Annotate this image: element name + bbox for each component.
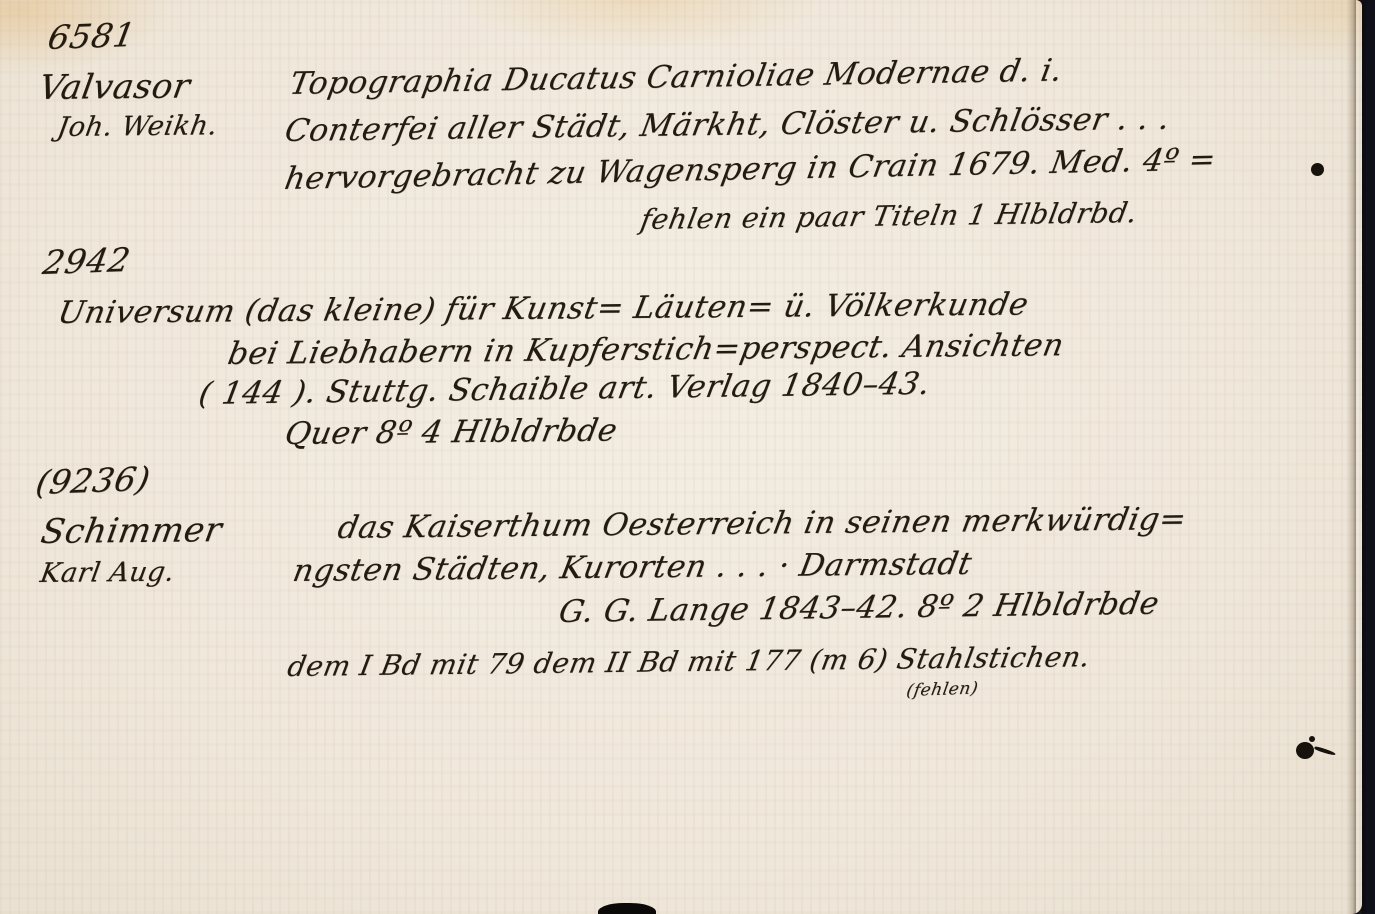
entry3-author: Schimmer <box>38 510 225 552</box>
paper-sheet: 6581 Valvasor Joh. Weikh. Topographia Du… <box>0 0 1362 914</box>
entry2-title-line1: Universum (das kleine) für Kunst= Läuten… <box>55 287 1031 331</box>
entry1-number: 6581 <box>45 15 138 57</box>
entry2-number: 2942 <box>40 240 133 282</box>
entry2-imprint-line: ( 144 ). Stuttg. Schaible art. Verlag 18… <box>196 366 933 412</box>
ink-dot-top-right <box>1311 163 1324 176</box>
entry3-author-first: Karl Aug. <box>38 557 177 589</box>
entry1-author: Valvasor <box>36 66 193 108</box>
entry1-title-line1: Topographia Ducatus Carnioliae Modernae … <box>287 53 1065 102</box>
entry1-imprint-line: hervorgebracht zu Wagensperg in Crain 16… <box>282 142 1219 197</box>
entry1-note-line: fehlen ein paar Titeln 1 Hlbldrbd. <box>638 196 1140 236</box>
ink-blot-tail <box>1314 746 1336 757</box>
entry3-title-line1: das Kaiserthum Oesterreich in seinen mer… <box>335 501 1189 546</box>
ink-blot-right <box>1296 742 1314 759</box>
entry3-imprint-line: G. G. Lange 1843–42. 8º 2 Hlbldrbde <box>556 586 1162 630</box>
entry3-footnote: (fehlen) <box>905 679 980 701</box>
entry3-plates-line: dem I Bd mit 79 dem II Bd mit 177 (m 6) … <box>285 640 1093 683</box>
scanned-catalog-page: { "document": { "kind": "handwritten-cat… <box>0 0 1375 914</box>
scan-background-strip <box>1366 0 1375 914</box>
bottom-ink-mark <box>598 903 656 914</box>
entry3-title-line2: ngsten Städten, Kurorten . . . · Darmsta… <box>290 546 975 589</box>
entry1-title-line2: Conterfei aller Städt, Märkht, Clöster u… <box>282 101 1173 149</box>
entry2-title-line2: bei Liebhabern in Kupferstich=perspect. … <box>225 327 1067 372</box>
ink-blot-satellite <box>1309 736 1315 742</box>
paper-right-edge <box>1346 0 1356 914</box>
entry3-number: (9236) <box>33 459 153 502</box>
entry2-format-line: Quer 8º 4 Hlbldrbde <box>282 413 620 452</box>
entry1-author-first: Joh. Weikh. <box>55 110 220 143</box>
